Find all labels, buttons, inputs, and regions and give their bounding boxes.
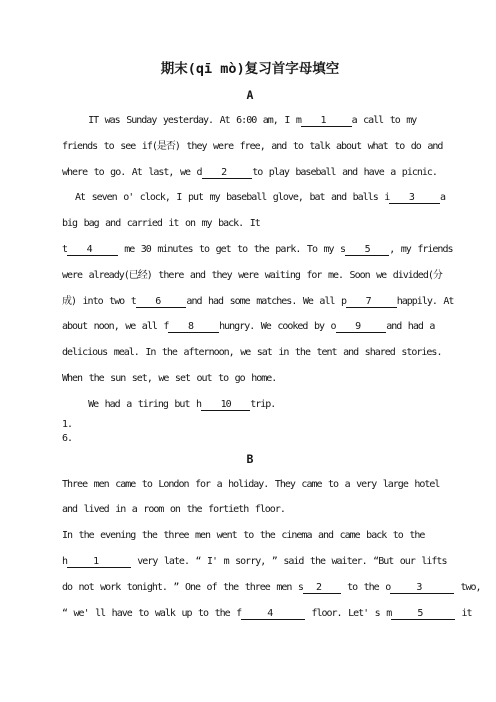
text-run: and lived in a room on the fortieth floo…	[62, 504, 285, 515]
text-line: t 4 me 30 minutes to get to the park. To…	[62, 237, 438, 263]
text-run: 成) into two t	[62, 296, 136, 307]
text-run: delicious meal. In the afternoon, we sat…	[62, 347, 441, 358]
text-run: trip.	[250, 399, 275, 410]
text-run: a	[440, 192, 445, 203]
text-run: about noon, we all f	[62, 321, 168, 332]
fill-in-blank: 3	[390, 582, 454, 594]
text-line: do not work tonight. ” One of the three …	[62, 575, 438, 601]
document-body: A IT was Sunday yesterday. At 6:00 am, I…	[62, 82, 438, 626]
fill-in-blank: 10	[201, 399, 250, 411]
doc-title: 期末(qī mò)复习首字母填空	[62, 56, 438, 82]
fill-in-blank: 9	[336, 321, 387, 333]
text-run: do not work tonight. ” One of the three …	[62, 582, 303, 593]
fill-in-blank: 1	[301, 115, 352, 127]
text-line: were already(已经) there and they were wai…	[62, 263, 438, 289]
text-run: At seven o' clock, I put my baseball glo…	[62, 192, 389, 203]
text-line: and lived in a room on the fortieth floo…	[62, 497, 438, 523]
text-line: friends to see if(是否) they were free, an…	[62, 134, 438, 160]
text-run: happily. At	[397, 296, 454, 307]
text-run: big bag and carried it on my back. It	[62, 218, 260, 229]
text-run: very late. “ I' m sorry, ” said the wait…	[131, 556, 447, 567]
text-line: where to go. At last, we d 2 to play bas…	[62, 160, 438, 186]
fill-in-blank: 7	[346, 296, 397, 308]
text-run: When the sun set, we set out to go home.	[62, 373, 276, 384]
text-run: and had a	[386, 321, 434, 332]
text-run: a call to my	[352, 115, 417, 126]
fill-in-blank: 3	[389, 192, 440, 204]
fill-in-blank: 5	[391, 608, 455, 620]
text-run: 6.	[62, 433, 72, 444]
text-line: 成) into two t 6 and had some matches. We…	[62, 289, 438, 315]
text-line: When the sun set, we set out to go home.	[62, 366, 438, 392]
text-run: , my friends	[389, 244, 452, 255]
text-line: In the evening the three men went to the…	[62, 523, 438, 549]
fill-in-blank: 4	[67, 244, 118, 256]
text-run: We had a tiring but h	[62, 399, 201, 410]
text-line: Three men came to London for a holiday. …	[62, 472, 438, 498]
text-run: floor. Let' s m	[305, 608, 391, 619]
text-run: it	[455, 608, 472, 619]
text-run: IT was Sunday yesterday. At 6:00 am, I m	[62, 115, 301, 126]
text-run: me 30 minutes to get to the park. To my …	[118, 244, 345, 255]
text-run: two,	[454, 582, 481, 593]
text-run: to the o	[341, 582, 391, 593]
text-run: Three men came to London for a holiday. …	[62, 479, 439, 490]
text-run: hungry. We cooked by o	[219, 321, 335, 332]
text-line: IT was Sunday yesterday. At 6:00 am, I m…	[62, 108, 438, 134]
fill-in-blank: 2	[202, 167, 253, 179]
text-run: 1.	[62, 419, 72, 430]
section-heading-a: A	[62, 82, 438, 108]
fill-in-blank: 8	[168, 321, 219, 333]
fill-in-blank: 1	[67, 556, 131, 568]
document-page: 期末(qī mò)复习首字母填空 A IT was Sunday yesterd…	[0, 0, 496, 702]
text-line: We had a tiring but h 10 trip.	[62, 392, 438, 418]
section-heading-b: B	[62, 446, 438, 472]
fill-in-blank: 6	[136, 296, 187, 308]
fill-in-blank: 5	[345, 244, 389, 256]
text-line: 6.	[62, 432, 438, 446]
text-run: friends to see if(是否) they were free, an…	[62, 141, 442, 152]
text-line: “ we' ll have to walk up to the f 4 floo…	[62, 601, 438, 627]
fill-in-blank: 4	[241, 608, 305, 620]
text-run: were already(已经) there and they were wai…	[62, 270, 442, 281]
text-line: delicious meal. In the afternoon, we sat…	[62, 340, 438, 366]
text-run: to play baseball and have a picnic.	[252, 167, 437, 178]
text-run: In the evening the three men went to the…	[62, 530, 424, 541]
text-line: h 1 very late. “ I' m sorry, ” said the …	[62, 549, 438, 575]
text-run: “ we' ll have to walk up to the f	[62, 608, 241, 619]
text-line: 1.	[62, 418, 438, 432]
text-run: and had some matches. We all p	[186, 296, 346, 307]
text-line: about noon, we all f 8 hungry. We cooked…	[62, 314, 438, 340]
text-line: big bag and carried it on my back. It	[62, 211, 438, 237]
fill-in-blank: 2	[303, 582, 341, 594]
text-run: where to go. At last, we d	[62, 167, 202, 178]
text-line: At seven o' clock, I put my baseball glo…	[62, 185, 438, 211]
